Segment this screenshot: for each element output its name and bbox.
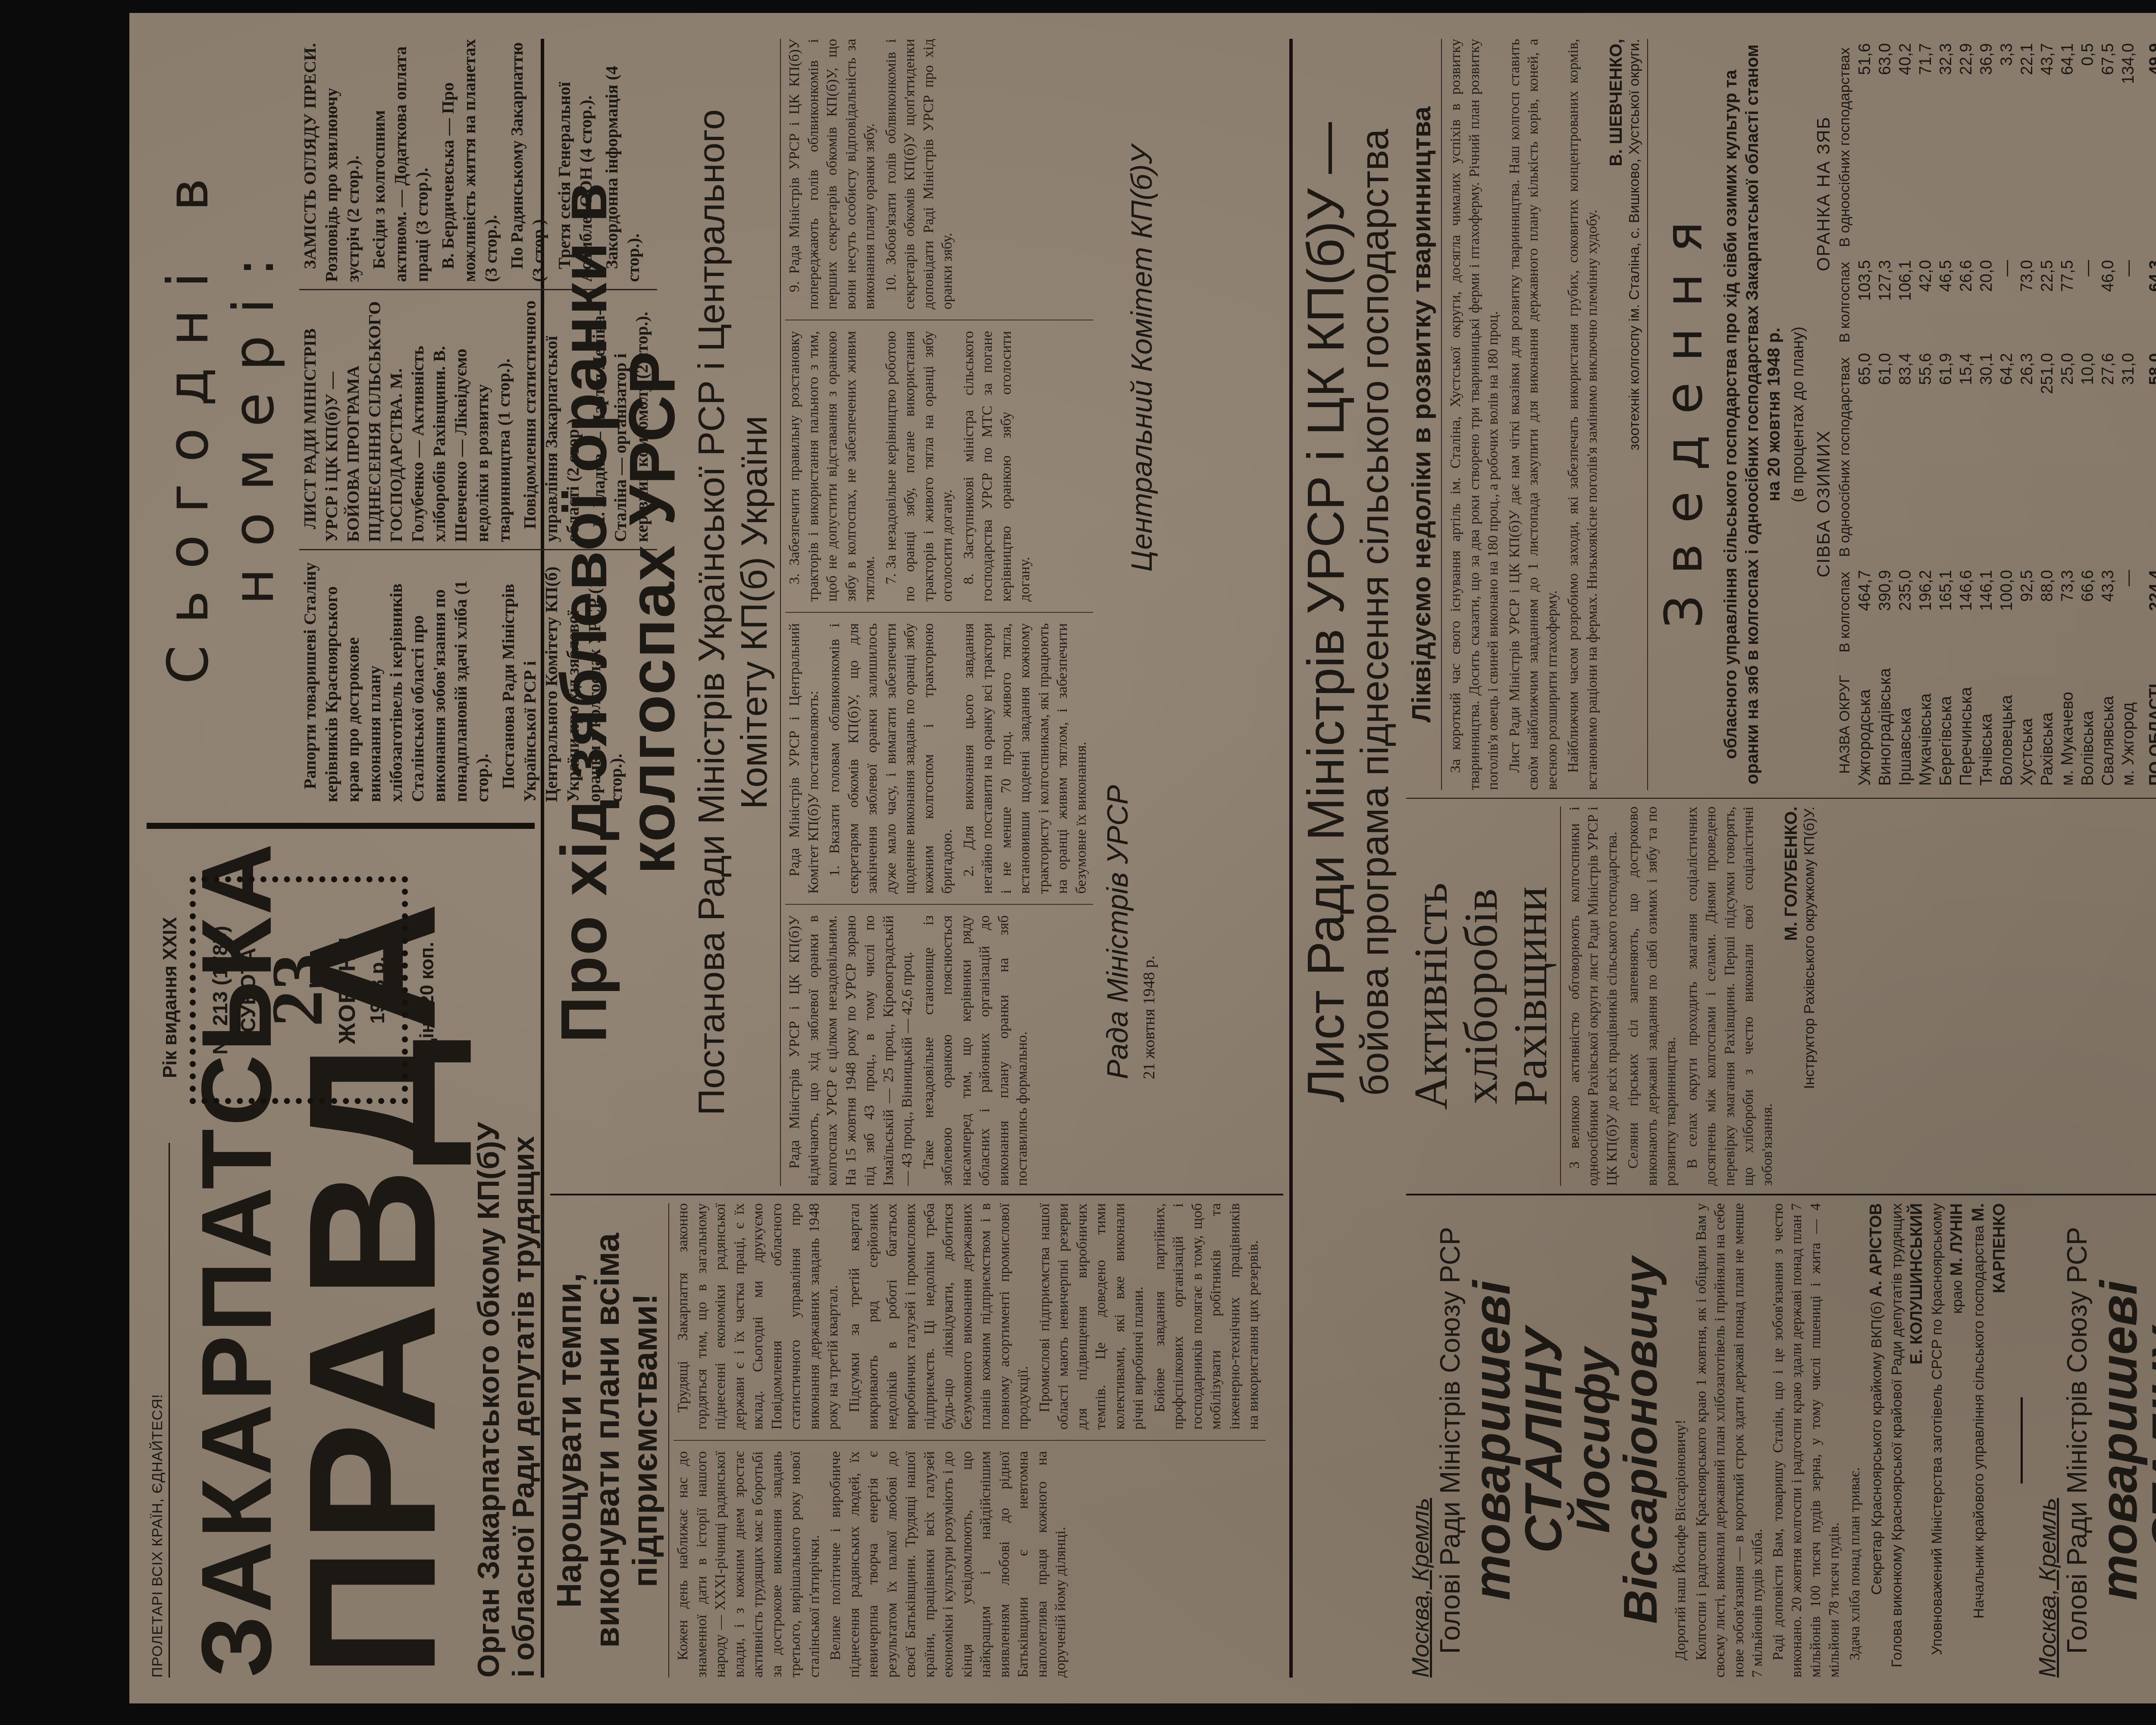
letter-section-subheadline: бойова програма піднесення сільського го… [1353, 39, 1398, 1186]
resolution-column: Рада Міністрів УРСР і Центральний Коміте… [785, 623, 1093, 894]
table-cell: 83,4 [1896, 349, 1916, 566]
article-livestock-author: В. ШЕВЧЕНКО, [1607, 39, 1626, 790]
table-cell: 26,3 [2017, 349, 2037, 566]
issue-info: Рік видання XXIX № 213 (1785) СУБОТА 23 … [147, 837, 535, 1117]
lower-section: Москва, Кремль Голові Ради Міністрів Сою… [1406, 39, 2156, 1678]
table-row: Свалявська43,327,646,067,5 [2098, 39, 2118, 790]
column-header-name: НАЗВА ОКРУГ [1812, 659, 1855, 790]
paragraph: 10. Зобов'язати голів облвиконкомів і се… [882, 39, 957, 310]
summary-table-body: Ужгородська464,765,0103,551,6Виноградівс… [1855, 39, 2156, 790]
letter-section-header: Лист Ради Міністрів УРСР і ЦК КП(б)У — б… [1299, 39, 1398, 1186]
article-livestock-title: Ліквідуємо недоліки в розвитку тваринниц… [1406, 39, 1437, 790]
price: Ціна 20 коп. [417, 837, 438, 1052]
article-rakhiv: Активність хліборобів Рахівщини З велико… [1406, 806, 2156, 1186]
table-cell: 26,6 [1956, 256, 1977, 349]
paragraph: 8. Заступникові міністра сільського госп… [959, 331, 1034, 602]
table-cell: 77,5 [2058, 256, 2078, 349]
contents-item[interactable]: По Радянському Закарпаттю (3 стор.). [506, 39, 549, 282]
table-cell: — [1997, 256, 2017, 349]
table-cell: 36,9 [1977, 39, 1997, 256]
lead-article-column: Кожен день наближає нас до знаменної дат… [674, 1451, 1266, 1678]
issue-date-box: № 213 (1785) СУБОТА 23 ЖОВТНЯ 1948 р. [190, 876, 408, 1104]
table-cell: — [2118, 566, 2139, 659]
table-cell: 22,5 [2037, 256, 2058, 349]
table-cell: 3,3 [1997, 39, 2017, 256]
table-cell: 165,1 [1936, 566, 1956, 659]
summary-table: НАЗВА ОКРУГ СІВБА ОЗИМИХ ОРАНКА НА ЗЯБ В… [1812, 39, 2156, 790]
paragraph: Промислові підприємства нашої області ма… [1035, 1203, 1148, 1430]
total-label: ПО ОБЛАСТІ [2139, 659, 2156, 790]
front-section: Нарощувати темпи, виконувати плани всіма… [550, 39, 1283, 1678]
contents-item[interactable]: ЗАМІСТЬ ОГЛЯДУ ПРЕСИ. Розповідь про хвил… [299, 39, 364, 282]
paragraph: 1. Вказати головам облвиконкомів і секре… [825, 623, 957, 894]
table-row: м. Ужгород—31,0—134,0 [2118, 39, 2139, 790]
telegram-name: Йосифу Віссаріоновичу [1570, 1203, 1664, 1678]
table-cell: 390,9 [1875, 566, 1896, 659]
resolution-subheadline: Постанова Ради Міністрів Української РСР… [690, 39, 776, 1186]
telegram-name: товаришеві СТАЛІНУ [2093, 1203, 2156, 1678]
paragraph: Раді доповісти Вам, товаришу Сталін, що … [1769, 1203, 1844, 1678]
table-cell: — [2078, 256, 2098, 349]
paragraph: 3. Забезпечити правильну розстановку тра… [785, 331, 879, 602]
paragraph: За короткий час свого існування артіль і… [1446, 39, 1503, 790]
table-cell: 49,9 [2139, 39, 2156, 256]
district-name: Ужгородська [1855, 659, 1875, 790]
lead-article-headline: Нарощувати темпи, виконувати плани всіма… [550, 1203, 664, 1678]
table-row: Перечинська146,615,426,622,9 [1956, 39, 1977, 790]
telegram-place: Москва, Кремль [2033, 1203, 2061, 1678]
paragraph: Таке незадовільне становище із зяблевою … [919, 916, 1032, 1186]
table-cell: 46,0 [2098, 256, 2118, 349]
paragraph: В селах округи проходить змагання соціал… [1683, 806, 1777, 1186]
contents-item[interactable]: Бесіди з колгоспним активом. — Додаткова… [368, 39, 433, 282]
table-cell: 106,1 [1896, 256, 1916, 349]
table-cell: 20,0 [1977, 256, 1997, 349]
article-livestock-body: За короткий час свого існування артіль і… [1446, 39, 1601, 790]
district-name: Виноградівська [1875, 659, 1896, 790]
divider [780, 39, 781, 1186]
table-cell: 64,2 [1997, 349, 2017, 566]
divider [785, 320, 1093, 321]
table-cell: 10,0 [2078, 349, 2098, 566]
table-cell: 103,5 [1855, 256, 1875, 349]
table-cell: 31,0 [2118, 349, 2139, 566]
issue-month: ЖОВТНЯ [334, 900, 360, 1081]
paragraph: З великою активністю обговорюють колгосп… [1565, 806, 1622, 1186]
contents-item[interactable]: В. Бердичевська — Про можливість життя н… [437, 39, 502, 282]
article-rakhiv-title: Активність хліборобів Рахівщини [1406, 806, 1556, 1186]
table-row: Волівська66,610,0—0,5 [2078, 39, 2098, 790]
district-name: Хустська [2017, 659, 2037, 790]
district-name: Перечинська [1956, 659, 1977, 790]
contents-title: Сьогодні в номері: [155, 39, 286, 802]
table-cell: 251,0 [2037, 349, 2058, 566]
table-cell: 43,3 [2098, 566, 2118, 659]
telegram-addressee: Голові Ради Міністрів Союзу РСР [1434, 1203, 1466, 1678]
table-row: Хустська92,526,373,022,1 [2017, 39, 2037, 790]
table-cell: 71,7 [1916, 39, 1936, 256]
telegram-name: товаришеві СТАЛІНУ [1466, 1203, 1570, 1678]
table-cell: 224,4 [2139, 566, 2156, 659]
table-cell: 196,2 [1916, 566, 1936, 659]
signature-council: Рада Міністрів УРСР [1101, 785, 1134, 1079]
table-cell: 146,1 [1977, 566, 1997, 659]
paragraph: 9. Рада Міністрів УРСР і ЦК КП(б)У попер… [785, 39, 879, 310]
paragraph: Найближчим часом розробимо заходи, які з… [1564, 39, 1601, 790]
table-cell: 22,1 [2017, 39, 2037, 256]
newspaper-title-line2: ПРАВДА [286, 1117, 458, 1678]
paragraph: Підсумки за третій квартал викривають ря… [845, 1203, 1033, 1430]
table-cell: 43,7 [2037, 39, 2058, 256]
table-cell: 55,6 [1916, 349, 1936, 566]
table-cell: 464,7 [1855, 566, 1875, 659]
signature-central-committee: Центральний Комітет КП(б)У [1125, 145, 1159, 571]
summary-title: Зведення [1654, 39, 1714, 790]
divider [147, 823, 535, 829]
summary-block: Зведення обласного управління сільського… [1654, 39, 2156, 790]
table-row: Іршавська235,083,4106,140,2 [1896, 39, 1916, 790]
district-name: м. Мукачево [2058, 659, 2078, 790]
contents-item[interactable]: ЛИСТ РАДИ МІНІСТРІВ УРСР і ЦК КП(б)У — Б… [299, 299, 515, 542]
article-livestock-author-role: зоотехнік колгоспу ім. Сталіна, с. Вишко… [1626, 39, 1643, 790]
year-of-publication: Рік видання XXIX [160, 837, 181, 1078]
contents-box: Сьогодні в номері: Рапорти товаришеві Ст… [147, 39, 535, 815]
column-header-individual: В одноосібних господарствах [1835, 39, 1855, 256]
paragraph: Рада Міністрів УРСР і ЦК КП(б)У відмічаю… [785, 916, 917, 1186]
table-cell: 15,4 [1956, 349, 1977, 566]
summary-intro: обласного управління сільського господар… [1720, 39, 1785, 790]
resolution-column: 9. Рада Міністрів УРСР і ЦК КП(б)У попер… [785, 39, 1093, 310]
telegrams: Москва, Кремль Голові Ради Міністрів Сою… [1406, 1203, 2156, 1678]
table-total-row: ПО ОБЛАСТІ224,458,064,349,9 [2139, 39, 2156, 790]
divider [1406, 1194, 2156, 1195]
district-name: Рахівська [2037, 659, 2058, 790]
table-row: Ужгородська464,765,0103,551,6 [1855, 39, 1875, 790]
divider [1406, 798, 2156, 799]
column-group-sowing: СІВБА ОЗИМИХ [1812, 349, 1835, 659]
paragraph: Здача хліба понад план триває. [1846, 1203, 1865, 1678]
table-cell: 66,6 [2078, 566, 2098, 659]
district-name: Воловецька [1997, 659, 2017, 790]
article-rakhiv-author: М. ГОЛУБЕНКО. [1782, 806, 1801, 1186]
paragraph: Рада Міністрів УРСР і Центральний Коміте… [785, 623, 823, 894]
table-cell: 67,5 [2098, 39, 2118, 256]
resolution-column: Рада Міністрів УРСР і ЦК КП(б)У відмічаю… [785, 916, 1093, 1186]
paragraph: Кожен день наближає нас до знаменної дат… [674, 1451, 824, 1678]
column-group-plowing: ОРАНКА НА ЗЯБ [1812, 39, 1835, 349]
paragraph: 2. Для виконання цього завдання негайно … [959, 623, 1091, 894]
resolution-date: 21 жовтня 1948 р. [1140, 785, 1159, 1079]
table-cell: 65,0 [1855, 349, 1875, 566]
district-name: м. Ужгород [2118, 659, 2139, 790]
table-cell: 61,9 [1936, 349, 1956, 566]
resolution-article: Про хід зяблевої оранки в колгоспах УРСР… [550, 39, 1283, 1186]
table-cell: 22,9 [1956, 39, 1977, 256]
contents-item[interactable]: Рапорти товаришеві Сталіну керівників Кр… [299, 559, 493, 802]
table-cell: 61,0 [1875, 349, 1896, 566]
table-row: Берегівська165,161,946,532,3 [1936, 39, 1956, 790]
divider [668, 1203, 669, 1678]
table-cell: — [2118, 256, 2139, 349]
district-name: Свалявська [2098, 659, 2118, 790]
table-cell: 64,3 [2139, 256, 2156, 349]
paragraph: Колгоспи і радгоспи Красноярського краю … [1692, 1203, 1767, 1678]
divider [785, 904, 1093, 905]
column-header-kolkhoz: В колгоспах [1835, 566, 1855, 659]
telegram-place: Москва, Кремль [1406, 1203, 1434, 1678]
newspaper-sheet: ПРОЛЕТАРІ ВСІХ КРАЇН, ЄДНАЙТЕСЯ! ЗАКАРПА… [129, 13, 2156, 1703]
telegram-addressee: Голові Ради Міністрів Союзу РСР [2061, 1203, 2093, 1678]
table-cell: 46,5 [1936, 256, 1956, 349]
right-column: Ліквідуємо недоліки в розвитку тваринниц… [1406, 39, 2156, 790]
column-header-individual: В одноосібних господарствах [1835, 349, 1855, 566]
table-cell: 63,0 [1875, 39, 1896, 256]
table-cell: 27,6 [2098, 349, 2118, 566]
district-name: Берегівська [1936, 659, 1956, 790]
table-cell: 51,6 [1855, 39, 1875, 256]
slogan: ПРОЛЕТАРІ ВСІХ КРАЇН, ЄДНАЙТЕСЯ! [147, 1143, 170, 1678]
resolution-headline: Про хід зяблевої оранки в колгоспах УРСР [550, 39, 686, 1186]
table-row: Тячівська146,130,120,036,9 [1977, 39, 1997, 790]
table-cell: 146,6 [1956, 566, 1977, 659]
divider [1647, 39, 1648, 790]
table-cell: 100,0 [1997, 566, 2017, 659]
paragraph: 7. За незадовільне керівництво роботою п… [882, 331, 957, 602]
table-row: Мукачівська196,255,642,071,7 [1916, 39, 1936, 790]
lead-article-column: Трудящі Закарпаття законно гордяться тим… [674, 1203, 1266, 1430]
divider [1441, 39, 1442, 790]
newspaper-page: ПРОЛЕТАРІ ВСІХ КРАЇН, ЄДНАЙТЕСЯ! ЗАКАРПА… [129, 13, 2156, 1703]
resolution-column: 3. Забезпечити правильну розстановку тра… [785, 331, 1093, 602]
table-cell: 25,0 [2058, 349, 2078, 566]
table-cell: 32,3 [1936, 39, 1956, 256]
lead-article: Нарощувати темпи, виконувати плани всіма… [550, 1203, 1283, 1678]
table-cell: 134,0 [2118, 39, 2139, 256]
paragraph: Лист Ради Міністрів УРСР і ЦК КП(б)У дає… [1505, 39, 1562, 790]
telegram-signatures: Секретар Красноярського крайкому ВКП(б) … [1866, 1203, 2010, 1678]
paragraph: Селяни гірських сіл запевняють, що достр… [1624, 806, 1680, 1186]
paragraph: Бойове завдання партійних, профспілкових… [1150, 1203, 1263, 1430]
table-cell: 58,0 [2139, 349, 2156, 566]
telegram-krasnoyarsk: Москва, Кремль Голові Ради Міністрів Сою… [1406, 1203, 2010, 1678]
masthead: ПРОЛЕТАРІ ВСІХ КРАЇН, ЄДНАЙТЕСЯ! ЗАКАРПА… [147, 39, 535, 1678]
paragraph: Трудящі Закарпаття законно гордяться тим… [674, 1203, 843, 1430]
table-row: Виноградівська390,961,0127,363,0 [1875, 39, 1896, 790]
table-cell: 64,1 [2058, 39, 2078, 256]
letter-section-headline: Лист Ради Міністрів УРСР і ЦК КП(б)У — [1299, 39, 1353, 1186]
newspaper-organ-line: Орган Закарпатського обкому КП(б)У і обл… [471, 1117, 541, 1678]
summary-unit: (в процентах до плану) [1789, 39, 1808, 790]
telegram-stalino: Москва, Кремль Голові Ради Міністрів Сою… [2033, 1203, 2156, 1678]
table-cell: 235,0 [1896, 566, 1916, 659]
table-cell: 92,5 [2017, 566, 2037, 659]
table-cell: 42,0 [1916, 256, 1936, 349]
masthead-title-block: ПРОЛЕТАРІ ВСІХ КРАЇН, ЄДНАЙТЕСЯ! ЗАКАРПА… [147, 1117, 535, 1678]
column-header-kolkhoz: В колгоспах [1835, 256, 1855, 349]
table-cell: 88,0 [2037, 566, 2058, 659]
article-rakhiv-author-role: Інструктор Рахівського окружкому КП(б)У. [1801, 806, 1818, 1186]
divider [1289, 39, 1293, 1678]
table-cell: 73,3 [2058, 566, 2078, 659]
district-name: Іршавська [1896, 659, 1916, 790]
divider [550, 1194, 1283, 1195]
table-row: Воловецька100,064,2—3,3 [1997, 39, 2017, 790]
district-name: Волівська [2078, 659, 2098, 790]
article-rakhiv-body: З великою активністю обговорюють колгосп… [1565, 806, 1777, 1186]
district-name: Тячівська [1977, 659, 1997, 790]
table-cell: 30,1 [1977, 349, 1997, 566]
issue-year: 1948 р. [366, 900, 389, 1081]
table-cell: 73,0 [2017, 256, 2037, 349]
district-name: Мукачівська [1916, 659, 1936, 790]
table-cell: 127,3 [1875, 256, 1896, 349]
table-cell: 0,5 [2078, 39, 2098, 256]
table-row: м. Мукачево73,325,077,564,1 [2058, 39, 2078, 790]
divider [674, 1440, 1266, 1441]
divider [1560, 806, 1561, 1186]
paragraph: Велике політичне і виробниче піднесення … [826, 1451, 1070, 1678]
table-cell: 40,2 [1896, 39, 1916, 256]
table-row: Рахівська88,0251,022,543,7 [2037, 39, 2058, 790]
issue-number: № 213 (1785) [209, 900, 232, 1081]
divider [2021, 1397, 2023, 1483]
paragraph: Дорогий наш Йосифе Віссаріоновичу! [1671, 1203, 1690, 1678]
issue-day: 23 [260, 900, 334, 1081]
divider [785, 612, 1093, 613]
